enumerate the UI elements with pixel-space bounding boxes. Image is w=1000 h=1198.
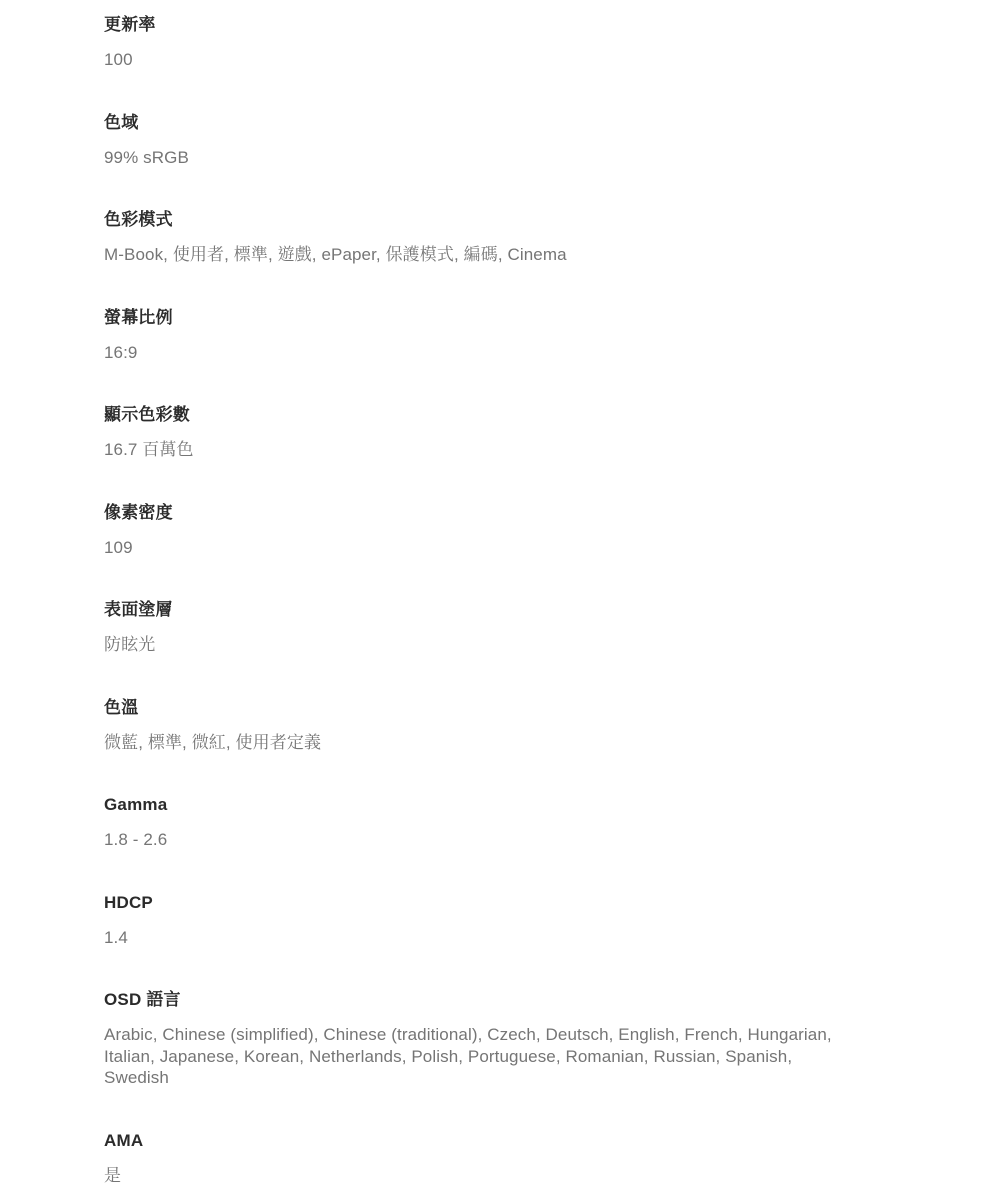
spec-label: HDCP bbox=[104, 892, 890, 914]
spec-item: 色溫 微藍, 標準, 微紅, 使用者定義 bbox=[104, 697, 890, 754]
spec-item: 像素密度 109 bbox=[104, 502, 890, 559]
spec-label: 螢幕比例 bbox=[104, 307, 890, 329]
spec-value: 16.7 百萬色 bbox=[104, 439, 849, 461]
spec-item: 更新率 100 bbox=[104, 14, 890, 71]
spec-item: OSD 語言 Arabic, Chinese (simplified), Chi… bbox=[104, 989, 890, 1089]
spec-label: 色溫 bbox=[104, 697, 890, 719]
spec-value: 防眩光 bbox=[104, 634, 849, 656]
spec-value: 100 bbox=[104, 49, 849, 71]
spec-value: 99% sRGB bbox=[104, 147, 849, 169]
spec-item: Gamma 1.8 - 2.6 bbox=[104, 794, 890, 851]
spec-value: 是 bbox=[104, 1165, 849, 1187]
spec-item: 色彩模式 M-Book, 使用者, 標準, 遊戲, ePaper, 保護模式, … bbox=[104, 209, 890, 266]
spec-value: 16:9 bbox=[104, 342, 849, 364]
spec-label: 色域 bbox=[104, 112, 890, 134]
spec-value: Arabic, Chinese (simplified), Chinese (t… bbox=[104, 1024, 849, 1089]
spec-item: AMA 是 bbox=[104, 1130, 890, 1187]
spec-label: Gamma bbox=[104, 794, 890, 816]
spec-label: 更新率 bbox=[104, 14, 890, 36]
spec-label: 像素密度 bbox=[104, 502, 890, 524]
spec-list: 更新率 100 色域 99% sRGB 色彩模式 M-Book, 使用者, 標準… bbox=[0, 0, 1000, 1186]
spec-value: 1.4 bbox=[104, 927, 849, 949]
spec-item: 表面塗層 防眩光 bbox=[104, 599, 890, 656]
spec-label: OSD 語言 bbox=[104, 989, 890, 1011]
spec-value: 109 bbox=[104, 537, 849, 559]
spec-label: 色彩模式 bbox=[104, 209, 890, 231]
spec-value: 微藍, 標準, 微紅, 使用者定義 bbox=[104, 732, 849, 754]
spec-value: M-Book, 使用者, 標準, 遊戲, ePaper, 保護模式, 編碼, C… bbox=[104, 244, 849, 266]
spec-item: HDCP 1.4 bbox=[104, 892, 890, 949]
spec-value: 1.8 - 2.6 bbox=[104, 829, 849, 851]
spec-item: 色域 99% sRGB bbox=[104, 112, 890, 169]
spec-label: AMA bbox=[104, 1130, 890, 1152]
spec-label: 表面塗層 bbox=[104, 599, 890, 621]
spec-item: 螢幕比例 16:9 bbox=[104, 307, 890, 364]
spec-label: 顯示色彩數 bbox=[104, 404, 890, 426]
spec-item: 顯示色彩數 16.7 百萬色 bbox=[104, 404, 890, 461]
